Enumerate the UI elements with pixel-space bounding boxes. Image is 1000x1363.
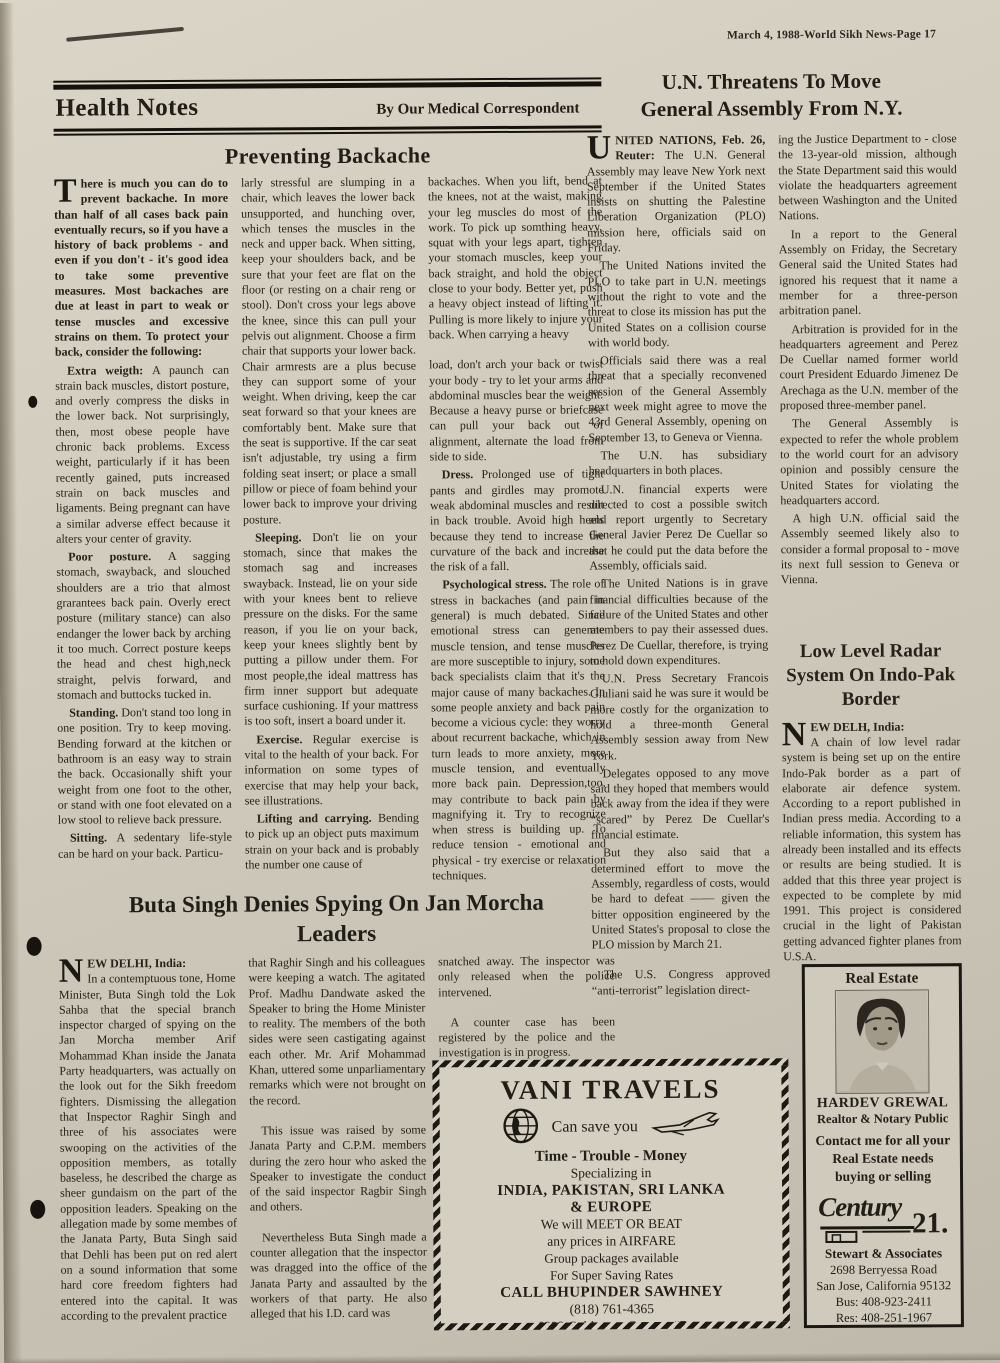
real-estate-ad: Real Estate HARDEV GREWAL Realtor & Nota… [802, 963, 964, 1328]
paragraph: Psychological stress. The role of stress… [430, 577, 606, 884]
un-column-2-text: ing the Justice Department to - close th… [778, 131, 959, 588]
paragraph: The General Assembly is expected to refe… [780, 416, 959, 509]
address-line-1: 2698 Berryessa Road [810, 1261, 958, 1278]
text-line: Specializing in [446, 1164, 776, 1182]
paragraph: Officials said there was a real threat t… [588, 353, 767, 446]
address-line-2: San Jose, California 95132 [810, 1277, 958, 1294]
byline: By Our Medical Correspondent [376, 101, 579, 119]
paragraph-lead: EW DELH, India: [810, 719, 904, 734]
text-column-1: There is much you can do to prevent back… [54, 176, 233, 919]
text-column-2: larly stressful are slumping in a chair,… [241, 175, 420, 918]
company-name: Stewart & Associates [809, 1245, 957, 1262]
text-line: any prices in AIRFARE [446, 1232, 776, 1250]
paragraph: In a report to the General Assembly on F… [779, 226, 958, 319]
paragraph: U.N. financial experts were directed to … [589, 481, 768, 574]
paragraph: Nevertheless Buta Singh made a counter a… [250, 1229, 427, 1322]
text-line: Group packages available [446, 1249, 776, 1267]
paragraph-lead: Dress. [442, 467, 482, 481]
text-line: buying or selling [809, 1167, 957, 1186]
paragraph: The U.N. has subsidiary headquarters in … [589, 447, 768, 479]
paragraph: Exercise. Regular exercise is vital to t… [244, 731, 418, 809]
paragraph: NEW DELHI, India: In a contemptuous tone… [59, 956, 238, 1324]
paragraph-lead: Sitting. [70, 831, 117, 845]
headline-line: Buta Singh Denies Spying On Jan Morcha [129, 890, 544, 918]
century21-logo-text: Century [818, 1192, 901, 1223]
realtor-photo [835, 989, 930, 1094]
paragraph: The U.S. Congress approved “anti-terrori… [592, 967, 771, 999]
hole-punch [27, 937, 42, 956]
globe-icon [501, 1106, 539, 1149]
headline-line: U.N. Threatens To Move [662, 69, 881, 94]
paragraph: This issue was raised by some Janata Par… [249, 1122, 426, 1215]
text-line: We will MEET OR BEAT [446, 1215, 776, 1233]
paragraph: A high U.N. official said the Assembly s… [780, 510, 959, 588]
text-line: CALL BHUPINDER SAWHNEY [447, 1283, 777, 1301]
paragraph: Standing. Don't stand too long in one po… [57, 705, 232, 828]
paragraph: snatched away. The inspector was only re… [438, 953, 615, 1000]
paragraph-lead: Extra weigth: [67, 363, 152, 378]
ad-tagline-row: Can save you [446, 1107, 776, 1147]
realtor-name: HARDEV GREWAL [809, 1095, 957, 1112]
headline-line: Border [842, 688, 900, 709]
radar-article-text: NEW DELH, India: A chain of low level ra… [782, 719, 962, 965]
paragraph-lead: Exercise. [256, 732, 312, 746]
headline-line: Low Level Radar [800, 640, 942, 662]
headline-line: System On Indo-Pak [786, 664, 955, 686]
article-headline: U.N. Threatens To Move General Assembly … [586, 67, 956, 123]
airplane-icon [650, 1109, 720, 1144]
paragraph: Extra weigth: A paunch can strain back m… [55, 362, 230, 547]
scan-artifact-streak [66, 27, 184, 42]
century21-logo: Century21. [818, 1191, 948, 1244]
hole-punch [28, 396, 37, 408]
drop-cap: T [54, 177, 81, 205]
ad-pitch: Contact me for all yourReal Estate needs… [809, 1131, 957, 1186]
paragraph: The United Nations invited the PLO to ta… [587, 258, 766, 351]
hole-punch [30, 1200, 45, 1219]
text-column-1: NEW DELHI, India: In a contemptuous tone… [59, 956, 238, 1363]
paragraph: A counter case has been registered by th… [438, 1014, 615, 1061]
drop-cap: U [587, 133, 616, 161]
ad-header: Real Estate [808, 970, 956, 988]
phone-residence: Res: 408-251-1967 [810, 1309, 958, 1326]
paragraph: Lifting and carrying. Bending to pick up… [245, 811, 419, 873]
paragraph: Dress. Prolonged use of tight pants and … [430, 467, 605, 575]
text-line: (818) 761-4365 [447, 1300, 777, 1318]
paragraph: Sleeping. Don't lie on your stomach, sin… [243, 529, 418, 729]
text-column-3: backaches. When you lift, bend at the kn… [428, 173, 607, 916]
text-line: 6333 Coldwater Canyon #7 [447, 1317, 777, 1330]
paragraph: backaches. When you lift, bend at the kn… [428, 173, 603, 342]
paragraph-lead: EW DELHI, India: [87, 956, 186, 971]
drop-cap: N [782, 720, 811, 748]
paragraph: NEW DELH, India: A chain of low level ra… [782, 719, 962, 965]
text-line: For Super Saving Rates [447, 1266, 777, 1284]
paragraph: The United Nations is in grave financial… [589, 576, 768, 669]
paragraph: U.N. Press Secretary Francois Giuliani s… [590, 670, 769, 763]
paragraph-lead: Poor posture. [68, 549, 168, 564]
paragraph-lead: Lifting and carrying. [257, 811, 378, 826]
paragraph-lead: Standing. [69, 705, 121, 719]
section-title: Health Notes [55, 94, 198, 123]
headline-line: Leaders [297, 921, 376, 946]
text-line: Time - Trouble - Money [446, 1147, 776, 1165]
paragraph: larly stressful are slumping in a chair,… [241, 175, 417, 528]
text-line: Real Estate needs [809, 1149, 957, 1168]
paragraph: There is much you can do to prevent back… [54, 176, 229, 361]
paragraph: load, don't arch your back or twist your… [429, 357, 604, 465]
text-column-2: that Raghir Singh and his colleagues wer… [248, 954, 427, 1363]
page-header: March 4, 1988-World Sikh News-Page 17 [581, 28, 936, 42]
paragraph: ing the Justice Department to - close th… [778, 131, 957, 224]
paragraph-lead: NITED NATIONS, Feb. 26, Reuter: [615, 132, 765, 162]
radar-article-headline: Low Level Radar System On Indo-Pak Borde… [781, 639, 960, 712]
newspaper-page-scan: March 4, 1988-World Sikh News-Page 17 He… [0, 0, 1000, 1363]
section-header-bar: Health Notes By Our Medical Corresponden… [53, 81, 601, 131]
text-line: Contact me for all your [809, 1131, 957, 1150]
paragraph: Delegates opposed to any move said they … [591, 765, 770, 843]
newspaper-page: March 4, 1988-World Sikh News-Page 17 He… [0, 0, 1000, 1363]
health-notes-section: Health Notes By Our Medical Corresponden… [53, 81, 606, 918]
ad-text-lines: Time - Trouble - MoneySpecializing inIND… [446, 1147, 777, 1330]
paragraph: UNITED NATIONS, Feb. 26, Reuter: The U.N… [587, 132, 766, 255]
paragraph: that Raghir Singh and his colleagues wer… [248, 954, 426, 1108]
paragraph: Poor posture. A sagging stomach, swaybac… [56, 549, 231, 703]
paragraph-lead: Psychological stress. [442, 577, 550, 592]
article-headline: Buta Singh Denies Spying On Jan Morcha L… [58, 887, 614, 950]
paragraph: But they also said that a determined eff… [591, 845, 770, 953]
ad-title: VANI TRAVELS [445, 1073, 775, 1106]
phone-business: Bus: 408-923-2411 [810, 1293, 958, 1310]
paragraph-lead: Sleeping. [255, 530, 312, 544]
text-line: & EUROPE [446, 1198, 776, 1216]
text-line: INDIA, PAKISTAN, SRI LANKA [446, 1181, 776, 1199]
paragraph: Arbitration is provided for in the headq… [779, 321, 958, 414]
article-columns: There is much you can do to prevent back… [54, 173, 607, 918]
article-headline: Preventing Backache [54, 141, 602, 170]
realtor-title: Realtor & Notary Public [809, 1111, 957, 1127]
headline-line: General Assembly From N.Y. [640, 96, 902, 122]
ad-tagline: Can save you [552, 1118, 638, 1137]
vani-travels-ad: VANI TRAVELS Can save you [432, 1058, 790, 1330]
paragraph: Sitting. A sedentary life-style can be h… [58, 830, 232, 862]
drop-cap: N [59, 957, 88, 985]
scan-edge-shadow [0, 3, 22, 1363]
